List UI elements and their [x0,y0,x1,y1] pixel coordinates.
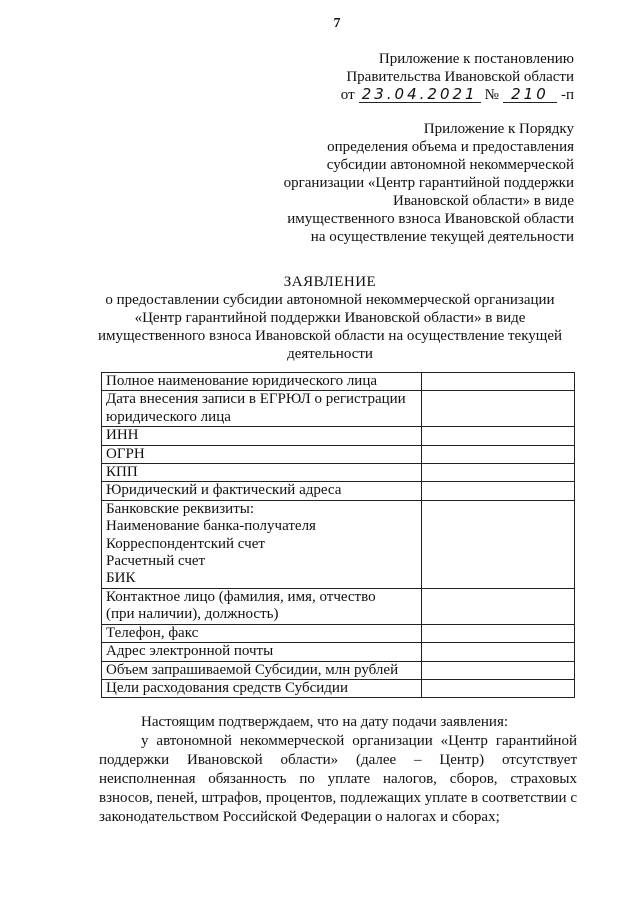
appendix-line: на осуществление текущей деятельности [284,228,574,246]
application-form-table: Полное наименование юридического лица Да… [101,372,575,698]
appendix-line: организации «Центр гарантийной поддержки [284,174,574,192]
table-row: Адрес электронной почты [102,643,575,661]
row-value-cell[interactable] [422,500,575,588]
label-line: Наименование банка-получателя [106,518,421,535]
appendix-line: Приложение к Порядку [284,120,574,138]
row-value-cell[interactable] [422,679,575,697]
table-row: Юридический и фактический адреса [102,482,575,500]
table-row: Цели расходования средств Субсидии [102,679,575,697]
title-line: о предоставлении субсидии автономной нек… [60,291,600,309]
number-prefix: № [485,86,499,104]
table-row: Объем запрашиваемой Субсидии, млн рублей [102,661,575,679]
row-value-cell[interactable] [422,661,575,679]
table-row: Телефон, факс [102,624,575,642]
handwritten-date: 23.04.2021 [359,87,481,103]
table-row: ОГРН [102,445,575,463]
row-label: Юридический и фактический адреса [102,482,422,500]
label-line: (при наличии), должность) [106,606,421,623]
row-label: Объем запрашиваемой Субсидии, млн рублей [102,661,422,679]
row-label: ОГРН [102,445,422,463]
document-title: ЗАЯВЛЕНИЕ о предоставлении субсидии авто… [60,273,600,363]
appendix-line: Ивановской области» в виде [284,192,574,210]
table-row: Контактное лицо (фамилия, имя, отчество … [102,588,575,624]
date-prefix: от [341,86,355,104]
table-row: КПП [102,464,575,482]
label-line: Банковские реквизиты: [106,501,421,518]
title-line: «Центр гарантийной поддержки Ивановской … [60,309,600,327]
label-line: Объем запрашиваемой Субсидии, млн рублей [106,662,421,679]
title-line: деятельности [60,345,600,363]
label-line: Цели расходования средств Субсидии [106,680,421,697]
label-line: ОГРН [106,446,421,463]
row-label: Контактное лицо (фамилия, имя, отчество … [102,588,422,624]
row-label: Адрес электронной почты [102,643,422,661]
handwritten-number: 210 [503,87,557,103]
appendix-line: определения объема и предоставления [284,138,574,156]
appendix-line: субсидии автономной некоммерческой [284,156,574,174]
row-label: КПП [102,464,422,482]
row-label: Полное наименование юридического лица [102,373,422,391]
label-line: юридического лица [106,409,421,426]
table-row: Банковские реквизиты: Наименование банка… [102,500,575,588]
approval-reference: Приложение к постановлению Правительства… [341,50,574,104]
confirmation-text: Настоящим подтверждаем, что на дату пода… [99,713,577,827]
title-line: имущественного взноса Ивановской области… [60,327,600,345]
label-line: Дата внесения записи в ЕГРЮЛ о регистрац… [106,391,421,408]
row-label: ИНН [102,427,422,445]
row-value-cell[interactable] [422,643,575,661]
row-label: Цели расходования средств Субсидии [102,679,422,697]
label-line: Контактное лицо (фамилия, имя, отчество [106,589,421,606]
label-line: Юридический и фактический адреса [106,482,421,499]
label-line: Расчетный счет [106,553,421,570]
row-value-cell[interactable] [422,624,575,642]
row-value-cell[interactable] [422,373,575,391]
number-suffix: -п [561,86,574,104]
page-number: 7 [17,16,640,32]
label-line: Полное наименование юридического лица [106,373,421,390]
row-value-cell[interactable] [422,588,575,624]
label-line: БИК [106,570,421,587]
row-value-cell[interactable] [422,482,575,500]
approval-line-2: Правительства Ивановской области [341,68,574,86]
label-line: КПП [106,464,421,481]
table-row: Дата внесения записи в ЕГРЮЛ о регистрац… [102,391,575,427]
label-line: Адрес электронной почты [106,643,421,660]
table-row: ИНН [102,427,575,445]
row-label: Дата внесения записи в ЕГРЮЛ о регистрац… [102,391,422,427]
confirmation-intro: Настоящим подтверждаем, что на дату пода… [99,713,577,732]
row-value-cell[interactable] [422,464,575,482]
label-line: Телефон, факс [106,625,421,642]
row-value-cell[interactable] [422,391,575,427]
confirmation-clause: у автономной некоммерческой организации … [99,732,577,827]
approval-date-number-line: от 23.04.2021 № 210 -п [341,86,574,104]
label-line: ИНН [106,427,421,444]
appendix-reference: Приложение к Порядку определения объема … [284,120,574,246]
appendix-line: имущественного взноса Ивановской области [284,210,574,228]
row-value-cell[interactable] [422,427,575,445]
row-label: Банковские реквизиты: Наименование банка… [102,500,422,588]
approval-line-1: Приложение к постановлению [341,50,574,68]
table-row: Полное наименование юридического лица [102,373,575,391]
row-label: Телефон, факс [102,624,422,642]
label-line: Корреспондентский счет [106,536,421,553]
row-value-cell[interactable] [422,445,575,463]
title-heading: ЗАЯВЛЕНИЕ [60,273,600,291]
